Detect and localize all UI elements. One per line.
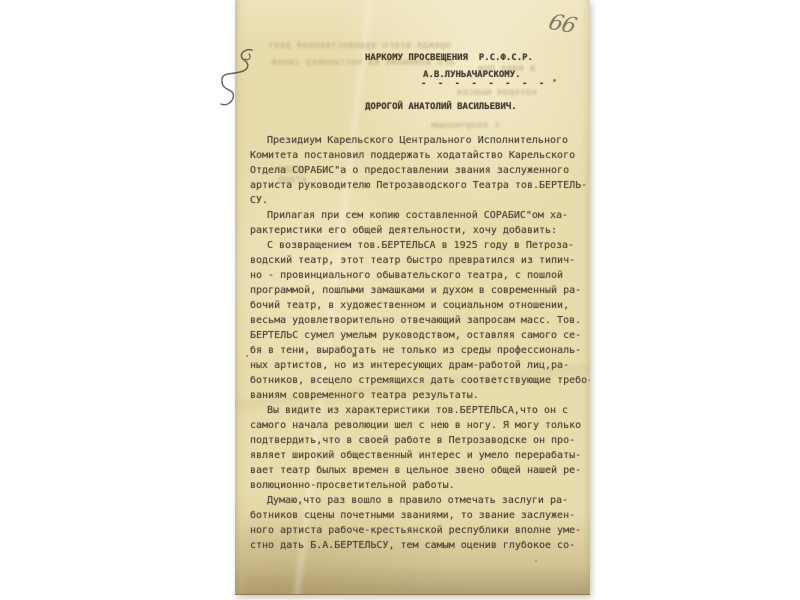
pencil-page-number: 66 bbox=[546, 10, 579, 39]
typed-line: Думаю,что раз вошло в правило отмечать з… bbox=[250, 493, 590, 508]
typed-line: стно дать Б.А.БЕРТЕЛЬСУ, тем самым оцени… bbox=[250, 538, 590, 553]
typed-line: ваниям современного театра результаты. bbox=[250, 388, 590, 403]
typed-line: С возвращением тов.БЕРТЕЛЬСА в 1925 году… bbox=[250, 238, 590, 253]
typed-line: Комитета постановил поддержать ходатайст… bbox=[250, 148, 590, 163]
typed-line: СУ. bbox=[250, 193, 590, 208]
typed-line: Вы видите из характеристики тов.БЕРТЕЛЬС… bbox=[250, 403, 590, 418]
ink-bleedthrough: прежде всего художественной деят bbox=[268, 40, 451, 51]
typed-insertion-mark: и bbox=[352, 350, 357, 359]
scan-background: прежде всего художественной деят его вни… bbox=[0, 0, 800, 600]
typed-line: Прилагая при сем копию составленной СОРА… bbox=[250, 208, 590, 223]
typed-line: волюционно-просветительной работы. bbox=[250, 478, 590, 493]
letter-body: Президиум Карельского Центрального Испол… bbox=[250, 133, 590, 553]
typed-line: ботников, всецело стремящихся дать соотв… bbox=[250, 373, 590, 388]
typed-line: БЕРТЕЛЬС сумел умелым руководством, оста… bbox=[250, 328, 590, 343]
typed-line: рактеристики его общей деятельности, хоч… bbox=[250, 223, 590, 238]
typed-line: ботников сцены почетными званиями, то зв… bbox=[250, 508, 590, 523]
typed-line: ного артиста рабоче-крестьянской республ… bbox=[250, 523, 590, 538]
recipient-underline: - - - - - - - - bbox=[421, 79, 547, 89]
typed-line: подтвердить,что в своей работе в Петроза… bbox=[250, 433, 590, 448]
typed-line: вает театр былых времен в цельное звено … bbox=[250, 463, 590, 478]
typed-line: артиста руководителю Петрозаводского Теа… bbox=[250, 178, 590, 193]
typed-line: Президиум Карельского Центрального Испол… bbox=[250, 133, 590, 148]
typed-line: программой, пошлыми замашками и духом в … bbox=[250, 283, 590, 298]
paper-speck bbox=[282, 483, 285, 485]
typed-line: Отдела СОРАБИС"а о предоставлении звания… bbox=[250, 163, 590, 178]
typed-line: весьма удовлетворительно отвечающий запр… bbox=[250, 313, 590, 328]
salutation-line: ДОРОГОЙ АНАТОЛИЙ ВАСИЛЬЕВИЧ. bbox=[365, 102, 517, 112]
paper-speck bbox=[553, 79, 556, 82]
letter-page: прежде всего художественной деят его вни… bbox=[235, 0, 590, 595]
typed-line: водский театр, этот театр быстро преврат… bbox=[250, 253, 590, 268]
typed-line: являет широкий общественный интерес и ум… bbox=[250, 448, 590, 463]
typed-line: ных артистов, но из интересующих драм-ра… bbox=[250, 358, 590, 373]
typed-line: бя в тени, выработать не только из среды… bbox=[250, 343, 590, 358]
typed-line: самого начала революции шел с нею в ногу… bbox=[250, 418, 590, 433]
paper-speck bbox=[535, 560, 537, 562]
typed-line: но - провинциального обывательского теат… bbox=[250, 268, 590, 283]
recipient-title-line: НАРКОМУ ПРОСВЕЩЕНИЯ Р.С.Ф.С.Р. bbox=[365, 53, 533, 63]
typed-line: бочий театр, в художественном и социальн… bbox=[250, 298, 590, 313]
ink-bleedthrough: с полученным bbox=[431, 120, 500, 131]
pencil-squiggle-mark bbox=[205, 44, 267, 110]
paper-speck bbox=[246, 355, 248, 357]
